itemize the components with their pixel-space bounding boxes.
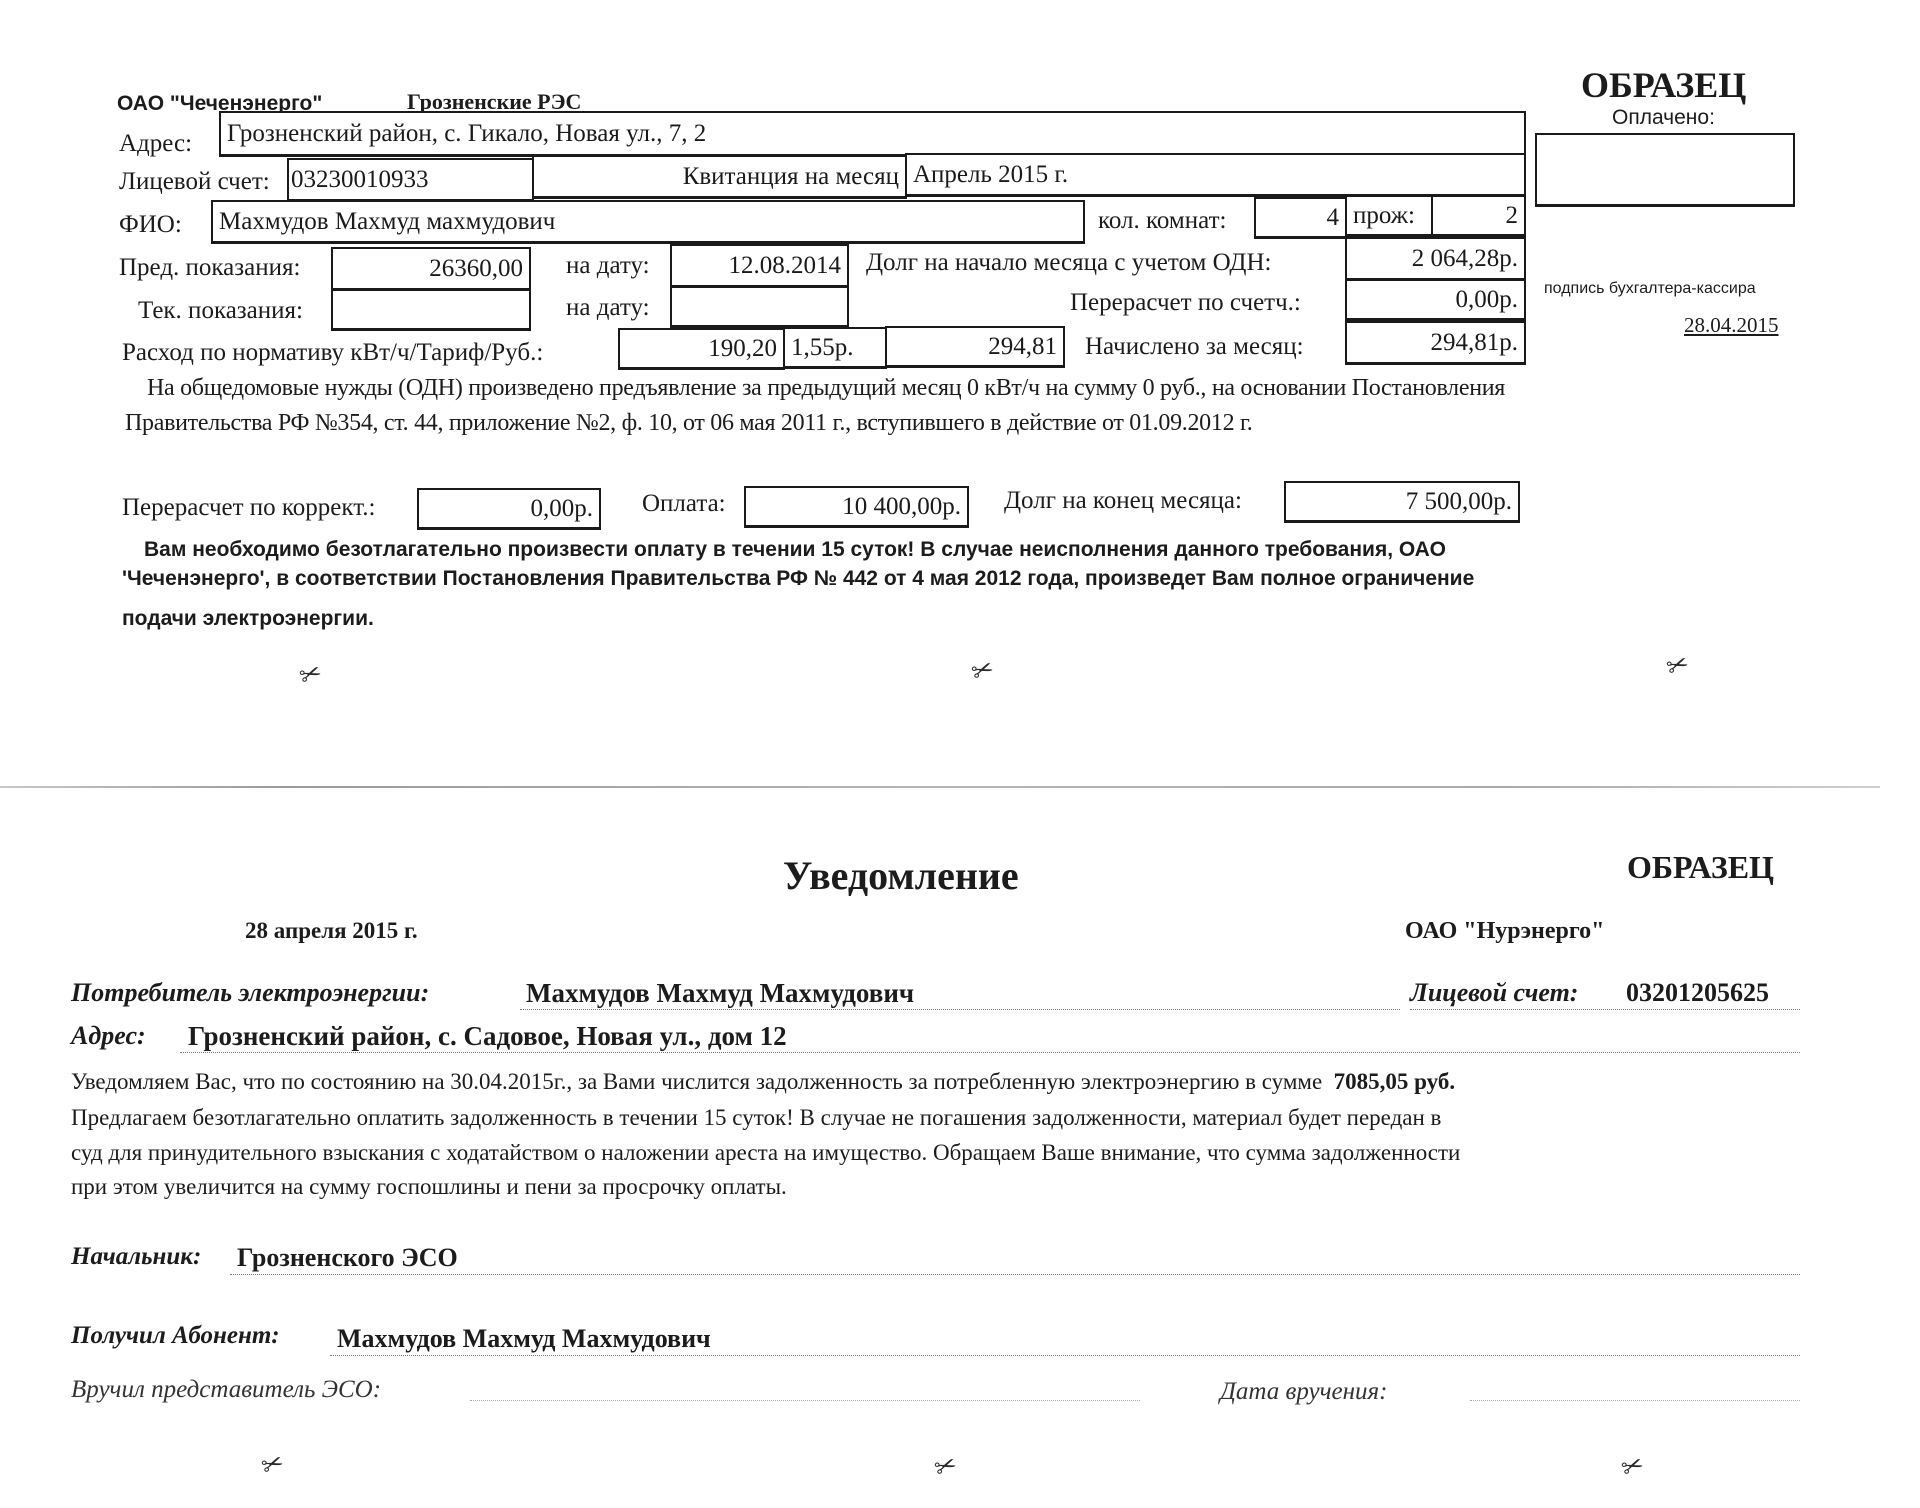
month-field[interactable]: Апрель 2015 г. <box>905 153 1526 197</box>
norm-tariff-value: 1,55р. <box>791 329 854 366</box>
correction-field[interactable]: 0,00р. <box>417 488 601 530</box>
received-label: Получил Абонент: <box>71 1322 280 1350</box>
cur-date-label: на дату: <box>566 294 650 322</box>
debt-end-label: Долг на конец месяца: <box>1004 487 1242 515</box>
cashier-date: 28.04.2015 <box>1684 313 1779 338</box>
cur-reading-label: Тек. показания: <box>138 297 303 325</box>
address-field[interactable]: Грозненский район, с. Гикало, Новая ул.,… <box>219 111 1526 157</box>
delivered-signature-line[interactable] <box>470 1400 1140 1401</box>
account-field[interactable]: 03230010933 <box>287 158 534 202</box>
account-label: Лицевой счет: <box>119 168 270 196</box>
scissors-icon: ✂ <box>296 657 327 693</box>
cur-date-field[interactable] <box>670 286 849 328</box>
scissors-icon: ✂ <box>1663 648 1694 684</box>
residents-field[interactable]: 2 <box>1431 195 1526 237</box>
notice-body-text: Уведомляем Вас, что по состоянию на 30.0… <box>71 1069 1322 1094</box>
name-field[interactable]: Махмудов Махмуд махмудович <box>211 200 1085 244</box>
meter-recalc-label: Перерасчет по счетч.: <box>1070 289 1301 317</box>
prev-date-field[interactable]: 12.08.2014 <box>670 244 849 288</box>
consumer-value: Махмудов Махмуд Махмудович <box>526 978 914 1009</box>
paid-label: Оплачено: <box>1612 106 1715 130</box>
scissors-icon: ✂ <box>258 1447 289 1483</box>
name-label: ФИО: <box>119 211 182 239</box>
warning-line3: подачи электроэнергии. <box>122 607 374 631</box>
notice-account-value: 03201205625 <box>1626 978 1769 1008</box>
payment-value: 10 400,00р. <box>842 488 961 525</box>
prev-reading-label: Пред. показания: <box>119 254 300 282</box>
notice-address-label: Адрес: <box>71 1021 146 1051</box>
notice-date: 28 апреля 2015 г. <box>245 918 418 944</box>
address-label: Адрес: <box>119 130 192 158</box>
rooms-label: кол. комнат: <box>1098 207 1226 235</box>
delivery-date-line[interactable] <box>1470 1400 1800 1401</box>
meter-recalc-field[interactable]: 0,00р. <box>1345 279 1526 321</box>
cashier-signature-label: подпись бухгалтера-кассира <box>1544 280 1756 298</box>
scissors-icon: ✂ <box>1618 1449 1649 1485</box>
payment-field[interactable]: 10 400,00р. <box>744 486 969 528</box>
norm-kwh-value: 190,20 <box>708 330 777 367</box>
norm-rub-field[interactable]: 294,81 <box>885 326 1065 368</box>
norm-tariff-field[interactable]: 1,55р. <box>783 327 887 369</box>
month-label-cell: Квитанция на месяц <box>532 155 907 199</box>
delivery-date-label: Дата вручения: <box>1220 1378 1388 1406</box>
norm-kwh-field[interactable]: 190,20 <box>618 328 785 370</box>
consumer-label: Потребитель электроэнергии: <box>71 978 429 1008</box>
debt-end-value: 7 500,00р. <box>1406 483 1512 520</box>
cur-reading-field[interactable] <box>331 289 531 331</box>
notice-body-line1: Уведомляем Вас, что по состоянию на 30.0… <box>71 1069 1455 1095</box>
notice-address-value: Грозненский район, с. Садовое, Новая ул.… <box>188 1021 787 1052</box>
chief-line <box>230 1274 1800 1275</box>
debt-end-field[interactable]: 7 500,00р. <box>1284 481 1520 523</box>
month-label: Квитанция на месяц <box>683 157 899 196</box>
notice-company: ОАО "Нурэнерго" <box>1405 918 1604 945</box>
prev-date-label: на дату: <box>566 252 650 280</box>
meter-recalc-value: 0,00р. <box>1456 281 1519 318</box>
prev-reading-value: 26360,00 <box>429 249 523 288</box>
notice-account-label: Лицевой счет: <box>1410 978 1578 1008</box>
received-line <box>330 1355 1800 1356</box>
residents-value: 2 <box>1506 197 1519 234</box>
name-value: Махмудов Махмуд махмудович <box>219 202 555 241</box>
odn-note-line1: На общедомовые нужды (ОДН) произведено п… <box>147 375 1505 402</box>
notice-title: Уведомление <box>783 852 1019 899</box>
prev-reading-field[interactable]: 26360,00 <box>331 247 531 291</box>
address-line <box>180 1052 1800 1053</box>
debt-start-field[interactable]: 2 064,28р. <box>1345 237 1526 281</box>
rooms-value: 4 <box>1327 199 1340 236</box>
norm-rub-value: 294,81 <box>988 328 1057 365</box>
norm-label: Расход по нормативу кВт/ч/Тариф/Руб.: <box>122 339 543 367</box>
consumer-line <box>520 1009 1400 1010</box>
warning-line1: Вам необходимо безотлагательно произвест… <box>144 538 1446 562</box>
debt-start-label: Долг на начало месяца с учетом ОДН: <box>866 249 1271 277</box>
chief-value: Грозненского ЭСО <box>237 1243 458 1273</box>
residents-label-cell: прож: <box>1345 195 1433 237</box>
page-divider <box>0 786 1880 788</box>
debt-start-value: 2 064,28р. <box>1412 239 1518 278</box>
account-line <box>1410 1009 1800 1010</box>
prev-date-value: 12.08.2014 <box>729 246 842 285</box>
notice-body-line2: Предлагаем безотлагательно оплатить задо… <box>71 1105 1441 1131</box>
account-value: 03230010933 <box>291 160 429 199</box>
correction-label: Перерасчет по коррект.: <box>122 494 375 522</box>
address-value: Грозненский район, с. Гикало, Новая ул.,… <box>227 113 706 154</box>
odn-note-line2: Правительства РФ №354, ст. 44, приложени… <box>125 410 1253 437</box>
accrued-label: Начислено за месяц: <box>1085 333 1304 361</box>
paid-stamp-box[interactable] <box>1535 133 1795 207</box>
rooms-field[interactable]: 4 <box>1254 197 1347 239</box>
scissors-icon: ✂ <box>931 1449 962 1485</box>
chief-label: Начальник: <box>71 1243 201 1271</box>
receipt-stamp: ОБРАЗЕЦ <box>1581 64 1746 106</box>
notice-debt-amount: 7085,05 руб. <box>1334 1069 1455 1094</box>
scissors-icon: ✂ <box>968 653 999 689</box>
accrued-value: 294,81р. <box>1431 323 1519 362</box>
accrued-field[interactable]: 294,81р. <box>1345 321 1526 365</box>
payment-label: Оплата: <box>642 490 726 518</box>
residents-label: прож: <box>1353 197 1415 234</box>
month-value: Апрель 2015 г. <box>913 155 1068 194</box>
notice-stamp: ОБРАЗЕЦ <box>1627 849 1774 886</box>
notice-body-line3: суд для принудительного взыскания с хода… <box>71 1140 1460 1166</box>
received-value: Махмудов Махмуд Махмудович <box>337 1324 711 1354</box>
correction-value: 0,00р. <box>531 490 594 527</box>
delivered-label: Вручил представитель ЭСО: <box>71 1376 381 1404</box>
notice-body-line4: при этом увеличится на сумму госпошлины … <box>71 1174 787 1200</box>
warning-line2: 'Чеченэнерго', в соответствии Постановле… <box>122 567 1474 591</box>
